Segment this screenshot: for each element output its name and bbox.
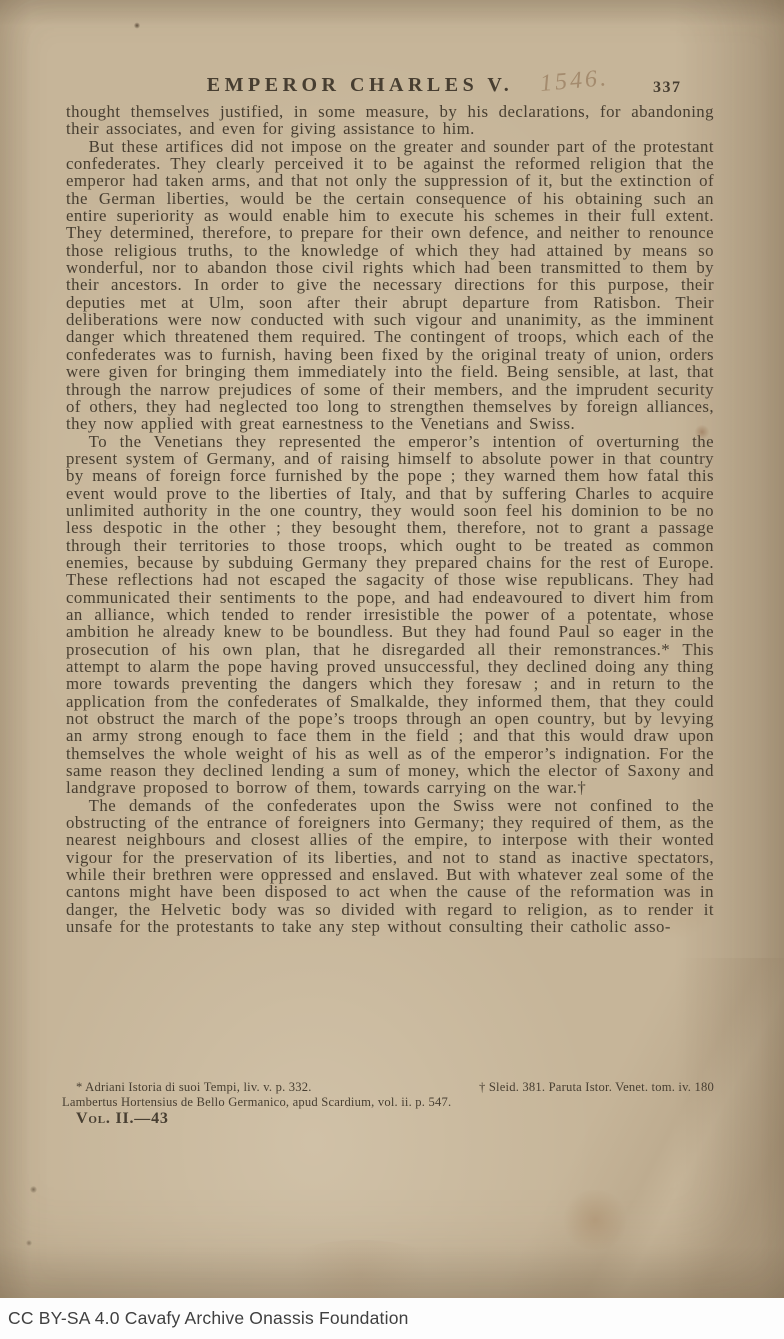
running-title: EMPEROR CHARLES V. bbox=[207, 74, 513, 96]
ink-speck bbox=[26, 1240, 32, 1246]
ink-speck bbox=[134, 22, 140, 29]
volume-signature: Vol. II.—43 bbox=[62, 1112, 714, 1127]
paragraph: But these artifices did not impose on th… bbox=[66, 138, 714, 433]
footnote-line-1: * Adriani Istoria di suoi Tempi, liv. v.… bbox=[62, 1080, 714, 1095]
ink-speck bbox=[30, 1186, 37, 1193]
paragraph: To the Venetians they represented the em… bbox=[66, 433, 714, 797]
attribution-bar: CC BY-SA 4.0 Cavafy Archive Onassis Foun… bbox=[0, 1298, 784, 1339]
footnote-ref-2: † Sleid. 381. Paruta Istor. Venet. tom. … bbox=[479, 1080, 714, 1095]
paper-stain bbox=[560, 1190, 630, 1250]
paragraph: The demands of the confederates upon the… bbox=[66, 797, 714, 936]
paragraph: thought themselves justified, in some me… bbox=[66, 103, 714, 138]
book-page: EMPEROR CHARLES V. 1546. 337 thought the… bbox=[0, 0, 784, 1298]
footnote-line-2: Lambertus Hortensius de Bello Germanico,… bbox=[62, 1095, 714, 1110]
footnote-ref-1: * Adriani Istoria di suoi Tempi, liv. v.… bbox=[76, 1080, 312, 1095]
footnote-block: * Adriani Istoria di suoi Tempi, liv. v.… bbox=[62, 1080, 714, 1127]
page-scan: EMPEROR CHARLES V. 1546. 337 thought the… bbox=[0, 0, 784, 1339]
paper-crease bbox=[484, 958, 784, 1298]
page-number: 337 bbox=[653, 79, 682, 97]
attribution-text: CC BY-SA 4.0 Cavafy Archive Onassis Foun… bbox=[0, 1308, 409, 1329]
body-text: thought themselves justified, in some me… bbox=[66, 103, 714, 936]
